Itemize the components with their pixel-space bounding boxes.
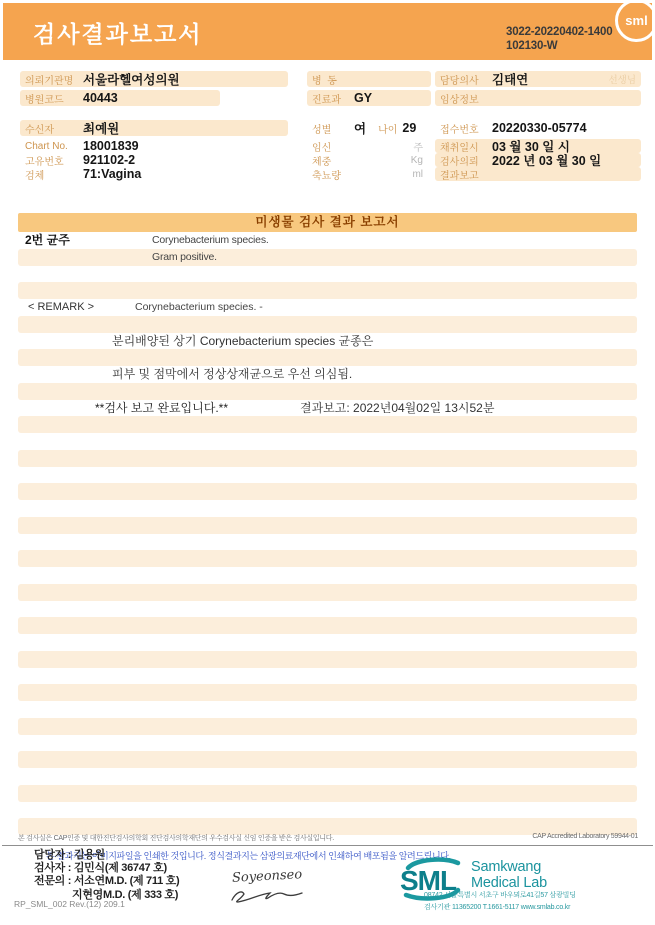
- field-urine-volume: 축뇨량 ml: [307, 167, 431, 181]
- staff-specialist1: 전문의 : 서소연M.D. (제 711 호): [34, 875, 179, 888]
- field-chart-no-value: 18001839: [83, 139, 139, 153]
- field-unique-no-value: 921102-2: [83, 153, 135, 167]
- footer-tiny-print: 본 검사실은 CAP인증 및 대한진단검사의학회 진단검사의학재단의 우수검사실…: [18, 833, 638, 843]
- accreditation-note: 본 검사실은 CAP인증 및 대한진단검사의학회 진단검사의학재단의 우수검사실…: [18, 833, 334, 843]
- field-doctor-value: 김태연: [492, 70, 528, 88]
- field-sex-label: 성별: [312, 121, 354, 136]
- field-unique-no: 고유번호 921102-2: [20, 153, 288, 167]
- lab-address-line1: 08742 서울특별시 서초구 바우뫼로41길57 삼광빌딩: [424, 890, 576, 902]
- field-accession-no-value: 20220330-05774: [492, 121, 587, 135]
- micro-rows-filler: [18, 433, 637, 835]
- micro-section-title: 미생물 검사 결과 보고서: [18, 213, 637, 232]
- field-collection-date-label: 채취일시: [440, 139, 492, 154]
- empty-stripe-row: [18, 349, 637, 366]
- empty-row: [18, 266, 637, 283]
- empty-stripe-row: [18, 383, 637, 400]
- field-weight: 체중 Kg: [307, 153, 431, 167]
- field-pregnancy-unit: 주: [413, 139, 431, 154]
- field-weight-label: 체중: [312, 153, 354, 168]
- micro-strain-species: Corynebacterium species.: [152, 232, 269, 249]
- micro-remark-label: < REMARK >: [28, 299, 94, 316]
- field-department-label: 진료과: [312, 91, 354, 106]
- field-pregnancy-label: 임신: [312, 139, 354, 154]
- empty-row: [18, 668, 637, 685]
- empty-stripe-row: [18, 450, 637, 467]
- empty-row: [18, 467, 637, 484]
- micro-remark-row: < REMARK > Corynebacterium species. -: [18, 299, 637, 316]
- cap-accreditation-note: CAP Accredited Laboratory 59944-01: [532, 833, 638, 843]
- field-urine-volume-unit: ml: [412, 169, 431, 180]
- empty-stripe-row: [18, 651, 637, 668]
- micro-remark-line2: 피부 및 점막에서 정상상재균으로 우선 의심됨.: [112, 366, 352, 383]
- field-specimen-value: 71:Vagina: [83, 167, 141, 181]
- empty-row: [18, 768, 637, 785]
- field-doctor: 담당의사 김태연 선생님: [435, 71, 641, 87]
- field-doctor-label: 담당의사: [440, 72, 492, 87]
- field-hospital-code-value: 40443: [83, 91, 118, 105]
- empty-stripe-row: [18, 584, 637, 601]
- empty-row: [18, 735, 637, 752]
- empty-stripe-row: [18, 617, 637, 634]
- micro-remark-value: Corynebacterium species. -: [135, 299, 263, 316]
- empty-stripe-row: [18, 550, 637, 567]
- field-age-label: 나이: [378, 121, 397, 136]
- field-request-date: 검사의뢰 2022 년 03 월 30 일: [435, 153, 641, 167]
- field-chart-no-label: Chart No.: [25, 141, 83, 152]
- staff-block: 담당자 : 김용원 검사자 : 김민식(제 36747 호) 전문의 : 서소연…: [34, 849, 179, 902]
- micro-strain-label: 2번 균주: [25, 232, 70, 249]
- empty-stripe-row: [18, 416, 637, 433]
- field-result-report: 결과보고: [435, 167, 641, 181]
- empty-row: [18, 534, 637, 551]
- field-recipient-label: 수신자: [25, 121, 83, 136]
- field-specimen-label: 검체: [25, 167, 83, 182]
- sml-circle-logo-icon: sml: [615, 0, 655, 42]
- form-column-left: 의뢰기관명 서울라헬여성의원 병원코드 40443 수신자 최예원 Chart …: [20, 71, 288, 181]
- micro-gram-row: Gram positive.: [18, 249, 637, 266]
- empty-row: [18, 802, 637, 819]
- lab-report-page: 검사결과보고서 3022-20220402-1400 102130-W sml …: [0, 0, 655, 925]
- field-clinical-info: 임상정보: [435, 90, 641, 106]
- micro-remark-line2-row: 피부 및 점막에서 정상상재균으로 우선 의심됨.: [18, 366, 637, 383]
- field-hospital-code: 병원코드 40443: [20, 90, 220, 106]
- field-institution-value: 서울라헬여성의원: [83, 70, 180, 88]
- empty-stripe-row: [18, 785, 637, 802]
- empty-row: [18, 601, 637, 618]
- micro-section: 미생물 검사 결과 보고서 2번 균주 Corynebacterium spec…: [18, 213, 637, 835]
- field-request-date-label: 검사의뢰: [440, 153, 492, 168]
- micro-strain-row: 2번 균주 Corynebacterium species.: [18, 232, 637, 249]
- field-request-date-value: 2022 년 03 월 30 일: [492, 151, 601, 169]
- field-accession-no-label: 접수번호: [440, 121, 492, 136]
- empty-stripe-row: [18, 316, 637, 333]
- field-specimen: 검체 71:Vagina: [20, 167, 288, 181]
- empty-row: [18, 701, 637, 718]
- field-recipient-value: 최예원: [83, 119, 119, 137]
- empty-stripe-row: [18, 483, 637, 500]
- signature-scribble: [230, 884, 305, 911]
- field-urine-volume-label: 축뇨량: [312, 167, 354, 182]
- footer-divider: [2, 845, 653, 846]
- empty-stripe-row: [18, 684, 637, 701]
- field-sex-age: 성별 여 나이 29: [307, 120, 431, 136]
- field-pregnancy: 임신 주: [307, 139, 431, 153]
- field-ward-label: 병 동: [312, 72, 354, 87]
- field-sex-value: 여: [354, 119, 366, 137]
- form-code: RP_SML_002 Rev.(12) 209.1: [14, 899, 125, 909]
- report-id-line2: 102130-W: [506, 40, 612, 54]
- lab-address-block: 08742 서울특별시 서초구 바우뫼로41길57 삼광빌딩 검사기관 1136…: [424, 890, 576, 913]
- micro-remark-line1-row: 분리배양된 상기 Corynebacterium species 균종은: [18, 333, 637, 350]
- form-column-right: 담당의사 김태연 선생님 임상정보 접수번호 20220330-05774 채취…: [435, 71, 641, 181]
- field-age-value: 29: [402, 121, 416, 135]
- empty-stripe-row: [18, 282, 637, 299]
- empty-row: [18, 500, 637, 517]
- field-weight-unit: Kg: [411, 155, 431, 166]
- staff-examiner: 검사자 : 김민식(제 36747 호): [34, 862, 179, 875]
- field-clinical-info-label: 임상정보: [440, 91, 492, 106]
- field-chart-no: Chart No. 18001839: [20, 139, 288, 153]
- report-id-block: 3022-20220402-1400 102130-W: [506, 26, 612, 53]
- field-hospital-code-label: 병원코드: [25, 91, 83, 106]
- field-ward: 병 동: [307, 71, 431, 87]
- micro-complete-row: **검사 보고 완료입니다.** 결과보고: 2022년04월02일 13시52…: [18, 400, 637, 417]
- field-department: 진료과 GY: [307, 90, 431, 106]
- field-result-report-label: 결과보고: [440, 167, 492, 182]
- sml-wordmark-line1: Samkwang: [471, 859, 547, 875]
- field-institution-label: 의뢰기관명: [25, 72, 83, 87]
- field-institution: 의뢰기관명 서울라헬여성의원: [20, 71, 288, 87]
- form-column-middle: 병 동 진료과 GY 성별 여 나이 29 임신 주 체중 Kg 축뇨량 ml: [307, 71, 431, 181]
- staff-manager: 담당자 : 김용원: [34, 849, 179, 862]
- empty-stripe-row: [18, 517, 637, 534]
- field-recipient: 수신자 최예원: [20, 120, 288, 136]
- report-header: 검사결과보고서 3022-20220402-1400 102130-W sml: [3, 3, 652, 60]
- field-department-value: GY: [354, 91, 372, 105]
- sml-wordmark: Samkwang Medical Lab: [471, 859, 547, 891]
- micro-remark-line1: 분리배양된 상기 Corynebacterium species 균종은: [112, 333, 373, 350]
- lab-address-line2: 검사기관 11365200 T.1661-5117 www.smlab.co.k…: [424, 902, 576, 914]
- micro-result-report: 결과보고: 2022년04월02일 13시52분: [300, 400, 494, 417]
- report-id-line1: 3022-20220402-1400: [506, 26, 612, 40]
- report-title: 검사결과보고서: [33, 16, 203, 49]
- sml-wordmark-line2: Medical Lab: [471, 875, 547, 891]
- micro-gram-value: Gram positive.: [152, 249, 217, 266]
- field-accession-no: 접수번호 20220330-05774: [435, 120, 641, 136]
- empty-row: [18, 567, 637, 584]
- empty-row: [18, 433, 637, 450]
- empty-stripe-row: [18, 751, 637, 768]
- empty-row: [18, 634, 637, 651]
- empty-stripe-row: [18, 718, 637, 735]
- field-doctor-suffix: 선생님: [608, 72, 641, 86]
- field-unique-no-label: 고유번호: [25, 153, 83, 168]
- micro-complete-note: **검사 보고 완료입니다.**: [95, 400, 228, 417]
